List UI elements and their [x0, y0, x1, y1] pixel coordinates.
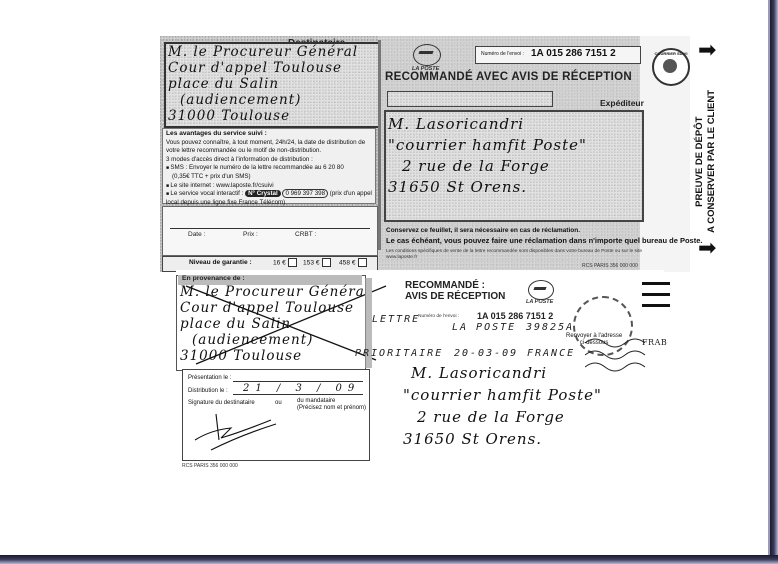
address-line: M. Lasoricandri — [403, 362, 602, 384]
numero-label: Numéro de l'envoi : — [481, 51, 524, 57]
address-line: (audiencement) — [168, 92, 374, 108]
stamp-code: 39825A — [526, 322, 574, 333]
address-line: M. le Procureur Général — [168, 44, 374, 60]
frab-label: FRAB — [642, 338, 667, 347]
checkbox[interactable] — [322, 258, 331, 267]
address-line: 2 rue de la Forge — [388, 156, 587, 177]
numero-value: 1A 015 286 7151 2 — [477, 311, 553, 321]
service-sms: SMS : Envoyer le numéro de la lettre rec… — [166, 164, 372, 173]
date-label: Date : — [188, 231, 205, 238]
stamp-date: 20-03-09 — [454, 348, 518, 359]
crbt-label: CRBT : — [295, 231, 316, 238]
service-vocal: Le service vocal interactif : N° Crystal… — [166, 190, 372, 207]
rcs-text: RCS PARIS 356 000 000 — [582, 263, 638, 269]
garantie-option-16[interactable]: 16 € — [273, 258, 297, 267]
distribution-value: 21 / 3 / 09 — [243, 383, 360, 394]
courrier-suivi-seal-icon: COURRIER SUIVI — [652, 48, 690, 86]
checkbox[interactable] — [358, 258, 367, 267]
destinataire-address: M. le Procureur Général Cour d'appel Tou… — [168, 44, 374, 124]
address-line: Cour d'appel Toulouse — [168, 60, 374, 76]
vocal-prefix: Le service vocal interactif : — [170, 190, 243, 197]
service-suivi-box: Les avantages du service suivi : Vous po… — [162, 128, 376, 204]
stamp-prioritaire: PRIORITAIRE — [355, 348, 443, 359]
stamp-france: FRANCE — [527, 348, 575, 359]
conditions-text: Les conditions spécifiques de vente de l… — [386, 249, 646, 261]
address-line: 31650 St Orens. — [388, 177, 587, 198]
page-shadow-bottom — [0, 555, 778, 564]
prix-label: Prix : — [243, 231, 258, 238]
address-line: "courrier hamfit Poste" — [388, 135, 587, 156]
preuve-depot-label: PREUVE DE DÉPÔT A CONSERVER PAR LE CLIEN… — [690, 80, 732, 250]
expediteur-address: M. Lasoricandri "courrier hamfit Poste" … — [388, 114, 587, 198]
rcs-text: RCS PARIS 356 000 000 — [182, 463, 238, 469]
stamp-lettre: LETTRE — [372, 314, 420, 325]
service-sms-price: (0,35€ TTC + prix d'un SMS) — [166, 173, 372, 182]
la-poste-logo-icon — [413, 44, 441, 66]
divider — [170, 228, 370, 229]
garantie-option-458[interactable]: 458 € — [339, 258, 367, 267]
distribution-label: Distribution le : — [188, 388, 228, 394]
reclamation-notice: Le cas échéant, vous pouvez faire une ré… — [386, 236, 702, 245]
presentation-label: Présentation le : — [188, 375, 231, 381]
blank-field — [387, 91, 553, 107]
mandataire-label: du mandataire — [297, 398, 335, 404]
mandataire-hint: (Précisez nom et prénom) — [297, 405, 366, 411]
arrow-right-icon: ➡ — [698, 40, 716, 60]
address-line: 2 rue de la Forge — [403, 406, 602, 428]
card-title-line2: AVIS DE RÉCEPTION — [405, 291, 505, 302]
address-line: "courrier hamfit Poste" — [403, 384, 602, 406]
crystal-number: 0 969 397 398 — [282, 189, 328, 198]
renvoyer-text: Renvoyer à l'adresse ci-dessous — [566, 333, 622, 347]
recipient-address: M. Lasoricandri "courrier hamfit Poste" … — [403, 362, 602, 450]
la-poste-logo-icon — [528, 280, 554, 300]
perforation-strip — [378, 40, 381, 250]
presentation-line — [233, 381, 363, 382]
address-line: 31650 St Orens. — [403, 428, 602, 450]
receipt-title: RECOMMANDÉ AVEC AVIS DE RÉCEPTION — [385, 71, 632, 83]
address-line: M. Lasoricandri — [388, 114, 587, 135]
distribution-line — [233, 394, 363, 395]
crystal-badge: N° Crystal — [245, 190, 281, 197]
signature-scribble — [191, 410, 281, 455]
expediteur-label: Expéditeur — [600, 98, 644, 108]
service-heading: Les avantages du service suivi : — [166, 130, 267, 137]
conserve-notice: Conservez ce feuillet, il sera nécessair… — [386, 227, 580, 234]
address-line: place du Salin — [168, 76, 374, 92]
numero-value: 1A 015 286 7151 2 — [531, 48, 616, 59]
service-site: Le site internet : www.laposte.fr/csuivi — [166, 182, 372, 191]
address-line: 31000 Toulouse — [168, 108, 374, 124]
stamp-la-poste: LA POSTE — [452, 322, 516, 333]
barcode-bars-icon — [642, 282, 670, 315]
numero-envoi-box: Numéro de l'envoi : 1A 015 286 7151 2 — [475, 46, 641, 64]
numero-label: Numéro de l'envoi : — [418, 314, 459, 319]
ou-label: ou — [275, 400, 282, 406]
signature-box: Présentation le : Distribution le : 21 /… — [182, 369, 370, 461]
service-intro: Vous pouvez connaître, à tout moment, 24… — [166, 139, 372, 156]
garantie-option-153[interactable]: 153 € — [303, 258, 331, 267]
la-poste-logo-text: LA POSTE — [526, 299, 553, 305]
card-title-line1: RECOMMANDÉ : — [405, 280, 485, 291]
arrow-right-icon: ➡ — [698, 238, 716, 258]
signature-label: Signature du destinataire — [188, 400, 255, 406]
service-modes: 3 modes d'accès direct à l'information d… — [166, 156, 372, 165]
garantie-label: Niveau de garantie : — [189, 259, 252, 266]
checkbox[interactable] — [288, 258, 297, 267]
page-shadow-right — [770, 0, 778, 564]
